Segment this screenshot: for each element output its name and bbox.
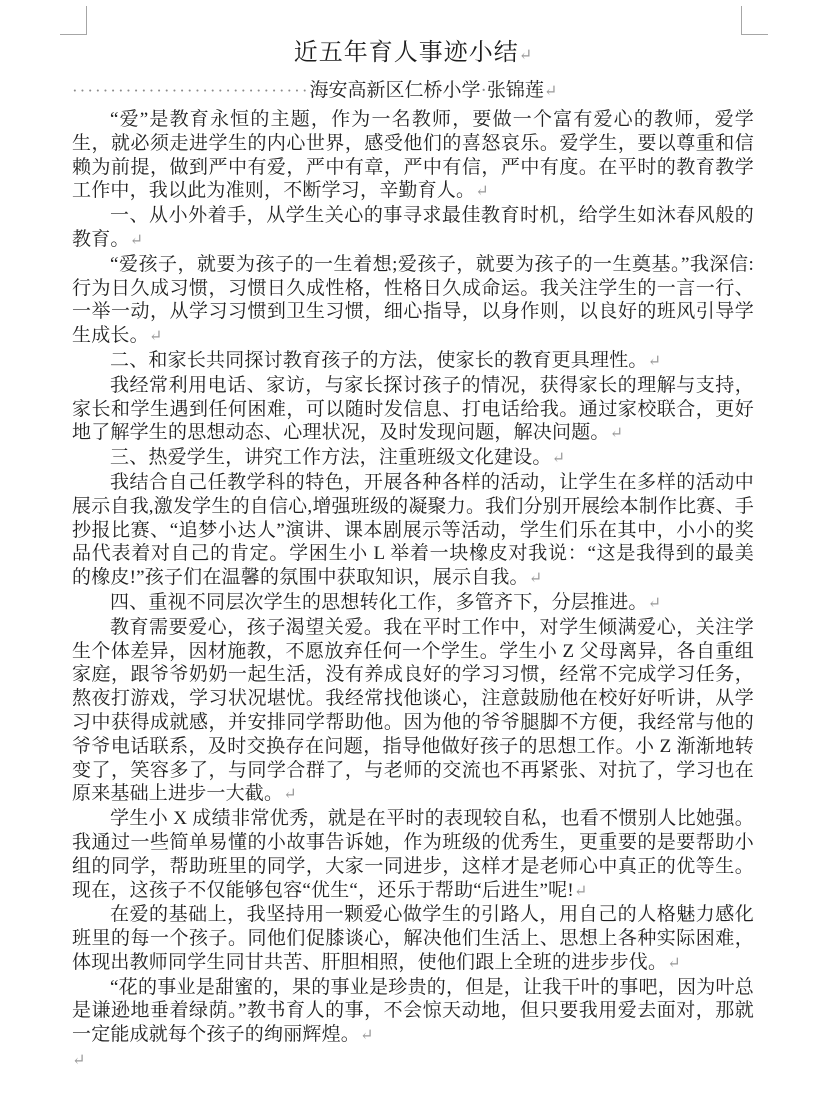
paragraph-mark-icon: ↵ bbox=[667, 955, 680, 972]
paragraph-text: 一、从小外着手，从学生关心的事寻求最佳教育时机，给学生如沐春风般的教育。 bbox=[72, 205, 754, 250]
paragraph[interactable]: 一、从小外着手，从学生关心的事寻求最佳教育时机，给学生如沐春风般的教育。↵ bbox=[72, 204, 754, 253]
paragraph[interactable]: 我经常利用电话、家访，与家长探讨孩子的情况，获得家长的理解与支持，家长和学生遇到… bbox=[72, 374, 754, 446]
paragraph-text: 学生小 X 成绩非常优秀，就是在平时的表现较自私，也看不惯别人比她强。我通过一些… bbox=[72, 808, 754, 900]
paragraph-mark-icon: ↵ bbox=[283, 786, 296, 803]
document-page[interactable]: 近五年育人事迹小结↵ ·····························… bbox=[0, 0, 825, 1104]
crop-mark-top-left bbox=[60, 6, 87, 35]
paragraph[interactable]: 二、和家长共同探讨教育孩子的方法，使家长的教育更具理性。↵ bbox=[72, 349, 754, 374]
paragraph-mark-icon: ↵ bbox=[360, 1027, 373, 1044]
paragraph[interactable]: 教育需要爱心，孩子渴望关爱。我在平时工作中，对学生倾满爱心，关注学生个体差异，因… bbox=[72, 616, 754, 807]
paragraph-mark-icon: ↵ bbox=[72, 1052, 85, 1069]
paragraph[interactable]: 三、热爱学生，讲究工作方法，注重班级文化建设。↵ bbox=[72, 446, 754, 471]
crop-mark-top-right bbox=[741, 6, 768, 35]
paragraph[interactable]: 在爱的基础上，我坚持用一颗爱心做学生的引路人，用自己的人格魅力感化班里的每一个孩… bbox=[72, 903, 754, 975]
paragraph[interactable]: “爱孩子，就要为孩子的一生着想;爱孩子，就要为孩子的一生奠基。”我深信:行为日久… bbox=[72, 253, 754, 349]
paragraph-mark-icon: ↵ bbox=[648, 595, 661, 612]
byline: ·······························海安高新区仁桥小学… bbox=[72, 79, 754, 104]
paragraph-text: “爱”是教育永恒的主题，作为一名教师，要做一个富有爱心的教师，爱学生，就必须走进… bbox=[72, 109, 754, 201]
paragraph-text: 我结合自己任教学科的特色，开展各种各样的活动，让学生在多样的活动中展示自我,激发… bbox=[72, 472, 754, 588]
paragraph-text: 四、重视不同层次学生的思想转化工作，多管齐下，分层推进。 bbox=[110, 592, 648, 613]
paragraph[interactable]: “花的事业是甜蜜的，果的事业是珍贵的，但是，让我干叶的事吧，因为叶总是谦逊地垂着… bbox=[72, 976, 754, 1048]
byline-school: 海安高新区仁桥小学 bbox=[310, 80, 481, 101]
paragraph[interactable]: ↵ bbox=[72, 1048, 754, 1073]
paragraph-mark-icon: ↵ bbox=[552, 450, 565, 467]
paragraph-text: 我经常利用电话、家访，与家长探讨孩子的情况，获得家长的理解与支持，家长和学生遇到… bbox=[72, 375, 754, 444]
paragraph-text: “爱孩子，就要为孩子的一生着想;爱孩子，就要为孩子的一生奠基。”我深信:行为日久… bbox=[72, 254, 754, 346]
byline-leader-dots: ······························· bbox=[72, 81, 310, 100]
paragraph[interactable]: “爱”是教育永恒的主题，作为一名教师，要做一个富有爱心的教师，爱学生，就必须走进… bbox=[72, 108, 754, 204]
paragraph-mark-icon: ↵ bbox=[544, 83, 557, 100]
paragraph-text: 教育需要爱心，孩子渴望关爱。我在平时工作中，对学生倾满爱心，关注学生个体差异，因… bbox=[72, 617, 754, 805]
document-body[interactable]: “爱”是教育永恒的主题，作为一名教师，要做一个富有爱心的教师，爱学生，就必须走进… bbox=[72, 108, 754, 1073]
paragraph-text: 三、热爱学生，讲究工作方法，注重班级文化建设。 bbox=[110, 447, 552, 468]
paragraph-mark-icon: ↵ bbox=[130, 232, 143, 249]
document-title: 近五年育人事迹小结↵ bbox=[72, 38, 754, 71]
paragraph-text: 在爱的基础上，我坚持用一颗爱心做学生的引路人，用自己的人格魅力感化班里的每一个孩… bbox=[72, 904, 754, 973]
document-content: 近五年育人事迹小结↵ ·····························… bbox=[72, 38, 754, 1073]
paragraph[interactable]: 四、重视不同层次学生的思想转化工作，多管齐下，分层推进。↵ bbox=[72, 591, 754, 616]
paragraph-text: “花的事业是甜蜜的，果的事业是珍贵的，但是，让我干叶的事吧，因为叶总是谦逊地垂着… bbox=[72, 977, 754, 1046]
paragraph[interactable]: 我结合自己任教学科的特色，开展各种各样的活动，让学生在多样的活动中展示自我,激发… bbox=[72, 471, 754, 591]
paragraph-mark-icon: ↵ bbox=[475, 183, 488, 200]
paragraph-mark-icon: ↵ bbox=[529, 570, 542, 587]
paragraph-text: 二、和家长共同探讨教育孩子的方法，使家长的教育更具理性。 bbox=[110, 350, 648, 371]
paragraph-mark-icon: ↵ bbox=[648, 353, 661, 370]
paragraph-mark-icon: ↵ bbox=[574, 883, 587, 900]
paragraph-mark-icon: ↵ bbox=[149, 328, 162, 345]
paragraph-mark-icon: ↵ bbox=[519, 47, 532, 64]
document-title-text: 近五年育人事迹小结 bbox=[294, 40, 519, 66]
paragraph-mark-icon: ↵ bbox=[610, 425, 623, 442]
byline-author: 张锦莲 bbox=[487, 80, 544, 101]
paragraph[interactable]: 学生小 X 成绩非常优秀，就是在平时的表现较自私，也看不惯别人比她强。我通过一些… bbox=[72, 807, 754, 903]
